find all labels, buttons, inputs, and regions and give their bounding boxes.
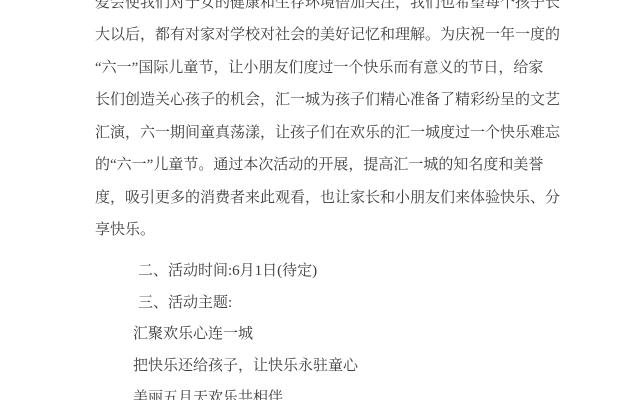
body-text-line: 爱会使我们对于女的健康和生存环境倍加关注，我们也希望每个孩子长	[95, 0, 555, 12]
document-page: 爱会使我们对于女的健康和生存环境倍加关注，我们也希望每个孩子长 大以后，都有对家…	[0, 0, 640, 400]
body-text-line: 长们创造关心孩子的机会，汇一城为孩子们精心准备了精彩纷呈的文艺	[95, 92, 555, 109]
body-text-line: 汇演，六一期间童真荡漾，让孩子们在欢乐的汇一城度过一个快乐难忘	[95, 125, 555, 142]
body-text-line: 享快乐。	[95, 222, 555, 239]
section-heading-time: 二、活动时间:6月1日(待定)	[138, 263, 598, 280]
body-text-line: 大以后，都有对家对学校对社会的美好记忆和理解。为庆祝一年一度的	[95, 27, 555, 44]
theme-line: 把快乐还给孩子，让快乐永驻童心	[133, 358, 593, 375]
body-text-line: 度，吸引更多的消费者来此观看，也让家长和小朋友们来体验快乐、分	[95, 190, 555, 207]
theme-line: 美丽五月天欢乐共相伴	[133, 390, 593, 400]
body-text-line: “六一”国际儿童节，让小朋友们度过一个快乐而有意义的节日，给家	[95, 60, 555, 77]
section-heading-theme: 三、活动主题:	[138, 295, 598, 312]
theme-line: 汇聚欢乐心连一城	[133, 326, 593, 343]
body-text-line: 的“六一”儿童节。通过本次活动的开展，提高汇一城的知名度和美誉	[95, 157, 555, 174]
